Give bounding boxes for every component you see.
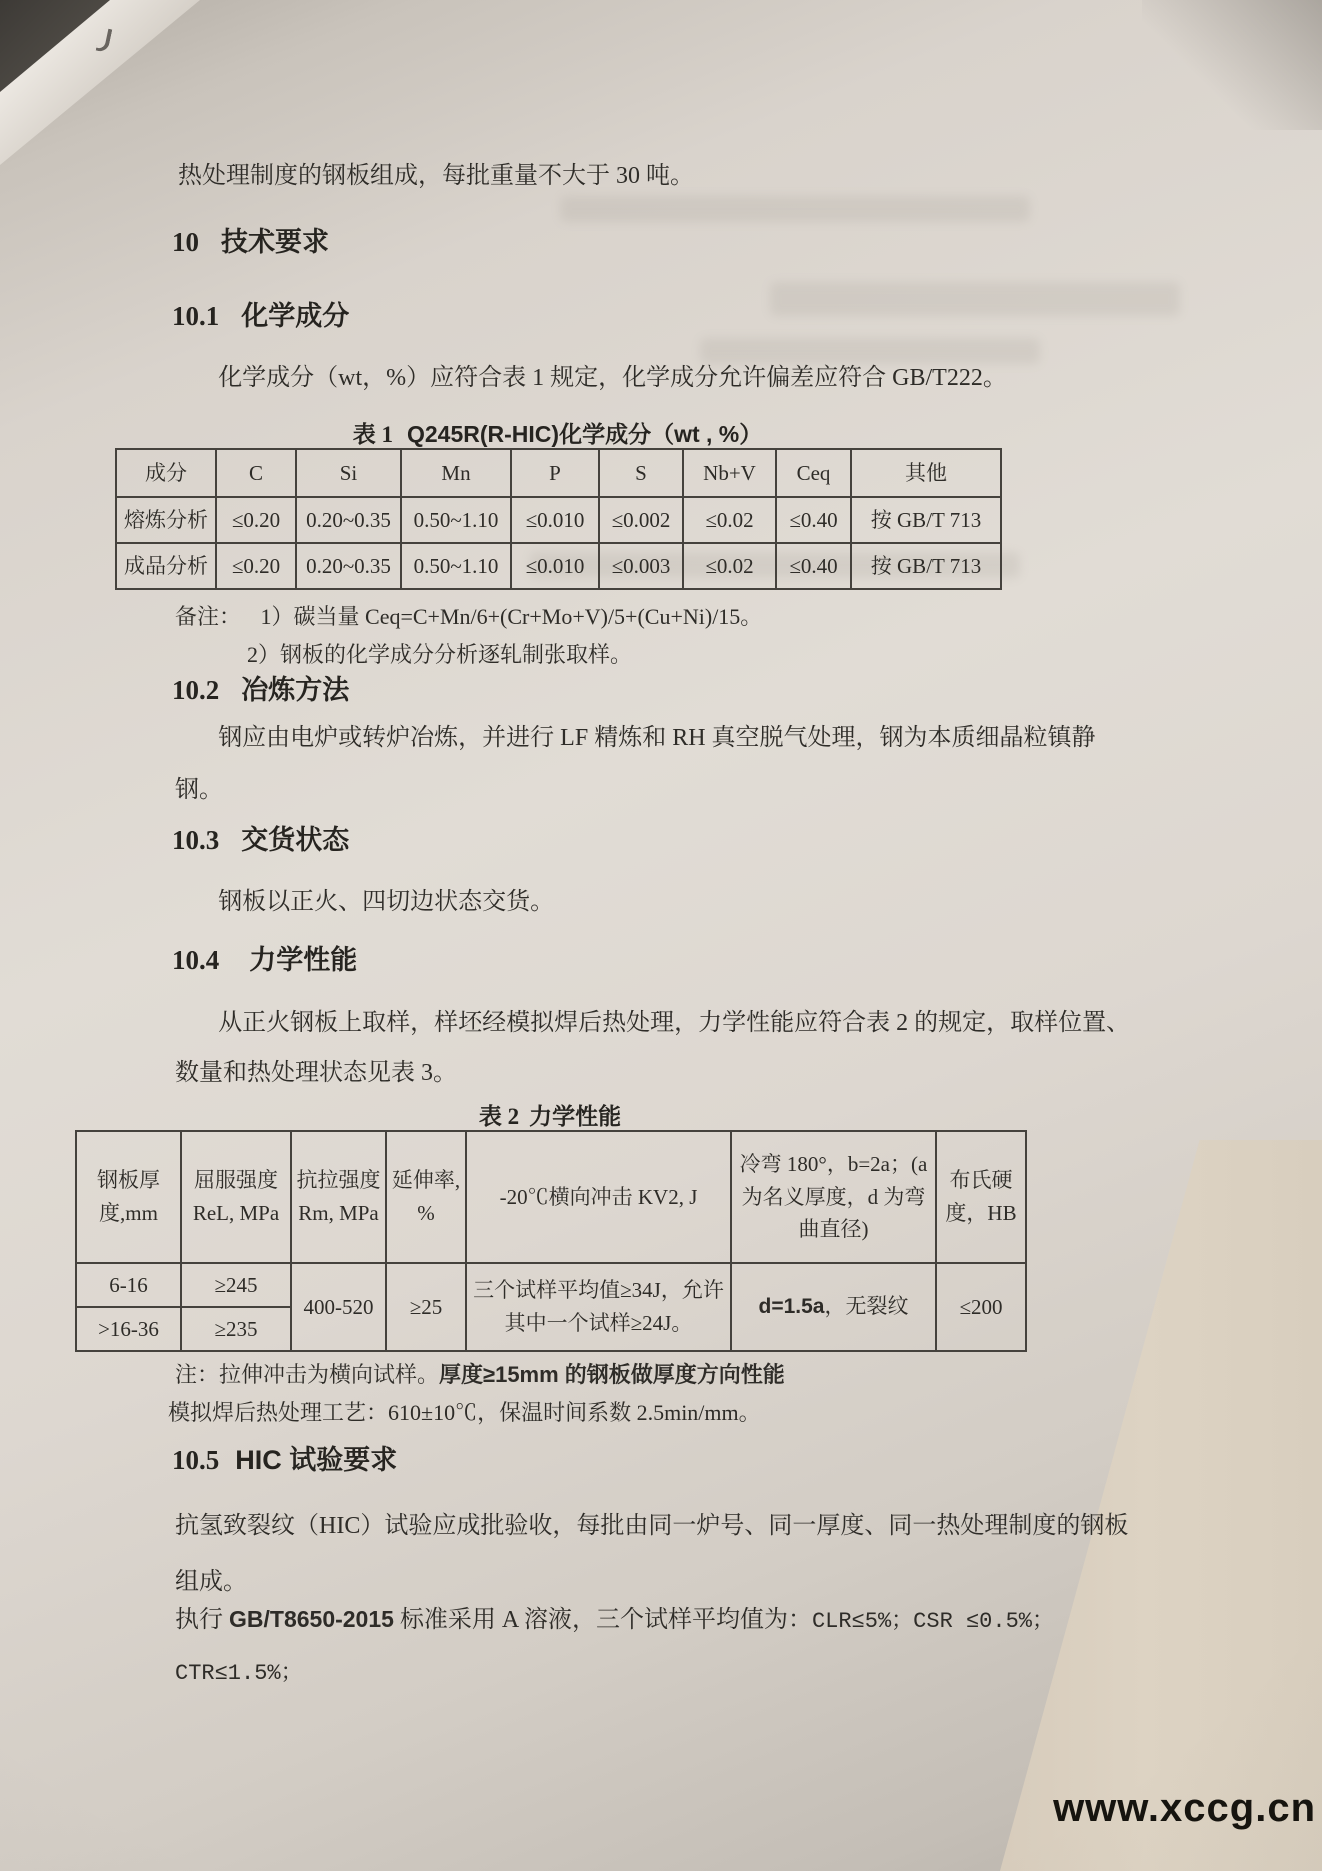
table2-row-1: 6-16 ≥245 400-520 ≥25 三个试样平均值≥34J，允许其中一个… — [76, 1263, 1026, 1307]
heading-number: 10.1 — [172, 301, 219, 332]
table2-header-row: 钢板厚度,mm 屈服强度 ReL, MPa 抗拉强度 Rm, MPa 延伸率, … — [76, 1131, 1026, 1263]
heading-number: 10.4 — [172, 945, 219, 976]
table2-header-cell: 钢板厚度,mm — [76, 1131, 181, 1263]
table2-cell-thickness: 6-16 — [76, 1263, 181, 1307]
table1-title-number: 表 1 — [353, 422, 393, 447]
table2-header-cell: 屈服强度 ReL, MPa — [181, 1131, 291, 1263]
std-number: GB/T8650-2015 — [229, 1606, 394, 1632]
table1-header-cell: P — [511, 449, 599, 497]
table1-cell: ≤0.20 — [216, 497, 296, 543]
table2-cell-yield: ≥245 — [181, 1263, 291, 1307]
table1-cell: 0.50~1.10 — [401, 543, 511, 589]
table1-header-cell: Si — [296, 449, 401, 497]
heading-number: 10.2 — [172, 675, 219, 706]
table1-header-cell: C — [216, 449, 296, 497]
table1-cell: ≤0.010 — [511, 543, 599, 589]
heading-number: 10 — [172, 227, 199, 258]
bend-result: ，无裂纹 — [824, 1294, 908, 1318]
para-10-4: 从正火钢板上取样，样坯经模拟焊后热处理，力学性能应符合表 2 的规定，取样位置、… — [175, 998, 1143, 1098]
table1-header-cell: S — [599, 449, 683, 497]
note-normal: 注：拉伸冲击为横向试样。 — [175, 1362, 439, 1387]
table1-row-product-analysis: 成品分析 ≤0.20 0.20~0.35 0.50~1.10 ≤0.010 ≤0… — [116, 543, 1001, 589]
section-heading-10-3: 10.3 交货状态 — [172, 818, 349, 857]
table1-chemical-composition: 成分 C Si Mn P S Nb+V Ceq 其他 熔炼分析 ≤0.20 0.… — [115, 448, 1000, 590]
table1-cell: 按 GB/T 713 — [851, 543, 1001, 589]
table1-remark-line2: 2）钢板的化学成分分析逐轧制张取样。 — [247, 636, 1077, 674]
para-10-3: 钢板以正火、四切边状态交货。 — [175, 876, 1143, 928]
table1-title-text: Q245R(R-HIC)化学成分（wt , %） — [407, 421, 762, 447]
section-heading-10-5: 10.5 HIC 试验要求 — [172, 1438, 397, 1477]
table2-mechanical-properties: 钢板厚度,mm 屈服强度 ReL, MPa 抗拉强度 Rm, MPa 延伸率, … — [75, 1130, 1025, 1352]
table2-cell-thickness: >16-36 — [76, 1307, 181, 1351]
heading-title: 冶炼方法 — [241, 668, 349, 707]
table2-cell-bend: d=1.5a，无裂纹 — [731, 1263, 936, 1351]
intro-paragraph: 热处理制度的钢板组成，每批重量不大于 30 吨。 — [178, 150, 1158, 202]
para-10-5-standard: 执行 GB/T8650-2015 标准采用 A 溶液，三个试样平均值为：CLR≤… — [175, 1594, 1150, 1699]
section-heading-10: 10 技术要求 — [172, 220, 329, 259]
heading-title: HIC 试验要求 — [235, 1438, 397, 1477]
table1-header-cell: Nb+V — [683, 449, 776, 497]
top-right-shadow — [1142, 0, 1322, 130]
watermark-url: www.xccg.cn — [1053, 1786, 1316, 1831]
heading-title: 交货状态 — [241, 818, 349, 857]
section-heading-10-4: 10.4 力学性能 — [172, 938, 357, 977]
std-mid: 标准采用 A 溶液，三个试样平均值为： — [394, 1607, 812, 1633]
heading-number: 10.3 — [172, 825, 219, 856]
table1-cell: 成品分析 — [116, 543, 216, 589]
table2-title: 表 2力学性能 — [75, 1098, 1025, 1131]
table1-cell: ≤0.02 — [683, 497, 776, 543]
table1-header-cell: Ceq — [776, 449, 851, 497]
table2-header-cell: 延伸率, % — [386, 1131, 466, 1263]
table2-title-number: 表 2 — [479, 1104, 519, 1129]
table2-cell-impact: 三个试样平均值≥34J，允许其中一个试样≥24J。 — [466, 1263, 731, 1351]
table2-note-line2: 模拟焊后热处理工艺：610±10℃，保温时间系数 2.5min/mm。 — [168, 1394, 1118, 1432]
scanned-document-photo: 热处理制度的钢板组成，每批重量不大于 30 吨。 10 技术要求 10.1 化学… — [0, 0, 1322, 1871]
table2-cell-hardness: ≤200 — [936, 1263, 1026, 1351]
table2-header-cell: -20℃横向冲击 KV2, J — [466, 1131, 731, 1263]
table1-header-cell: 成分 — [116, 449, 216, 497]
table2-cell-elongation: ≥25 — [386, 1263, 466, 1351]
heading-title: 力学性能 — [249, 938, 357, 977]
table2-cell-yield: ≥235 — [181, 1307, 291, 1351]
table1-header-cell: 其他 — [851, 449, 1001, 497]
table1-header-row: 成分 C Si Mn P S Nb+V Ceq 其他 — [116, 449, 1001, 497]
table1-cell: ≤0.20 — [216, 543, 296, 589]
table1-cell: ≤0.40 — [776, 497, 851, 543]
ink-bleedthrough — [770, 282, 1180, 316]
table1-title: 表 1Q245R(R-HIC)化学成分（wt , %） — [115, 416, 1000, 449]
heading-number: 10.5 — [172, 1445, 219, 1476]
table2-header-cell: 布氏硬度，HB — [936, 1131, 1026, 1263]
table1-cell: 0.20~0.35 — [296, 543, 401, 589]
table1-cell: ≤0.002 — [599, 497, 683, 543]
table2-header-cell: 抗拉强度 Rm, MPa — [291, 1131, 386, 1263]
section-heading-10-2: 10.2 冶炼方法 — [172, 668, 349, 707]
heading-title: 技术要求 — [221, 220, 329, 259]
table2-note-line1: 注：拉伸冲击为横向试样。厚度≥15mm 的钢板做厚度方向性能 — [175, 1356, 1125, 1394]
remark-label: 备注： — [175, 604, 241, 629]
table2-title-text: 力学性能 — [529, 1103, 621, 1129]
table2-cell-tensile: 400-520 — [291, 1263, 386, 1351]
table1-cell: 0.50~1.10 — [401, 497, 511, 543]
remark-text: 1）碳当量 Ceq=C+Mn/6+(Cr+Mo+V)/5+(Cu+Ni)/15。 — [261, 604, 763, 629]
table2-header-cell: 冷弯 180°，b=2a；(a 为名义厚度，d 为弯曲直径) — [731, 1131, 936, 1263]
table1-cell: 熔炼分析 — [116, 497, 216, 543]
table1-cell: ≤0.010 — [511, 497, 599, 543]
note-bold: 厚度≥15mm 的钢板做厚度方向性能 — [439, 1362, 785, 1387]
table1-header-cell: Mn — [401, 449, 511, 497]
std-prefix: 执行 — [175, 1607, 229, 1633]
table1-cell: ≤0.02 — [683, 543, 776, 589]
table1-cell: ≤0.40 — [776, 543, 851, 589]
table1-cell: 0.20~0.35 — [296, 497, 401, 543]
section-heading-10-1: 10.1 化学成分 — [172, 294, 349, 333]
table1-row-melt-analysis: 熔炼分析 ≤0.20 0.20~0.35 0.50~1.10 ≤0.010 ≤0… — [116, 497, 1001, 543]
table1-cell: ≤0.003 — [599, 543, 683, 589]
para-10-1: 化学成分（wt，%）应符合表 1 规定，化学成分允许偏差应符合 GB/T222。 — [175, 352, 1160, 404]
table1-cell: 按 GB/T 713 — [851, 497, 1001, 543]
heading-title: 化学成分 — [241, 294, 349, 333]
table1-remark-line1: 备注： 1）碳当量 Ceq=C+Mn/6+(Cr+Mo+V)/5+(Cu+Ni)… — [175, 598, 1075, 636]
bend-value: d=1.5a — [759, 1295, 825, 1318]
para-10-2: 钢应由电炉或转炉冶炼，并进行 LF 精炼和 RH 真空脱气处理，钢为本质细晶粒镇… — [175, 712, 1143, 816]
